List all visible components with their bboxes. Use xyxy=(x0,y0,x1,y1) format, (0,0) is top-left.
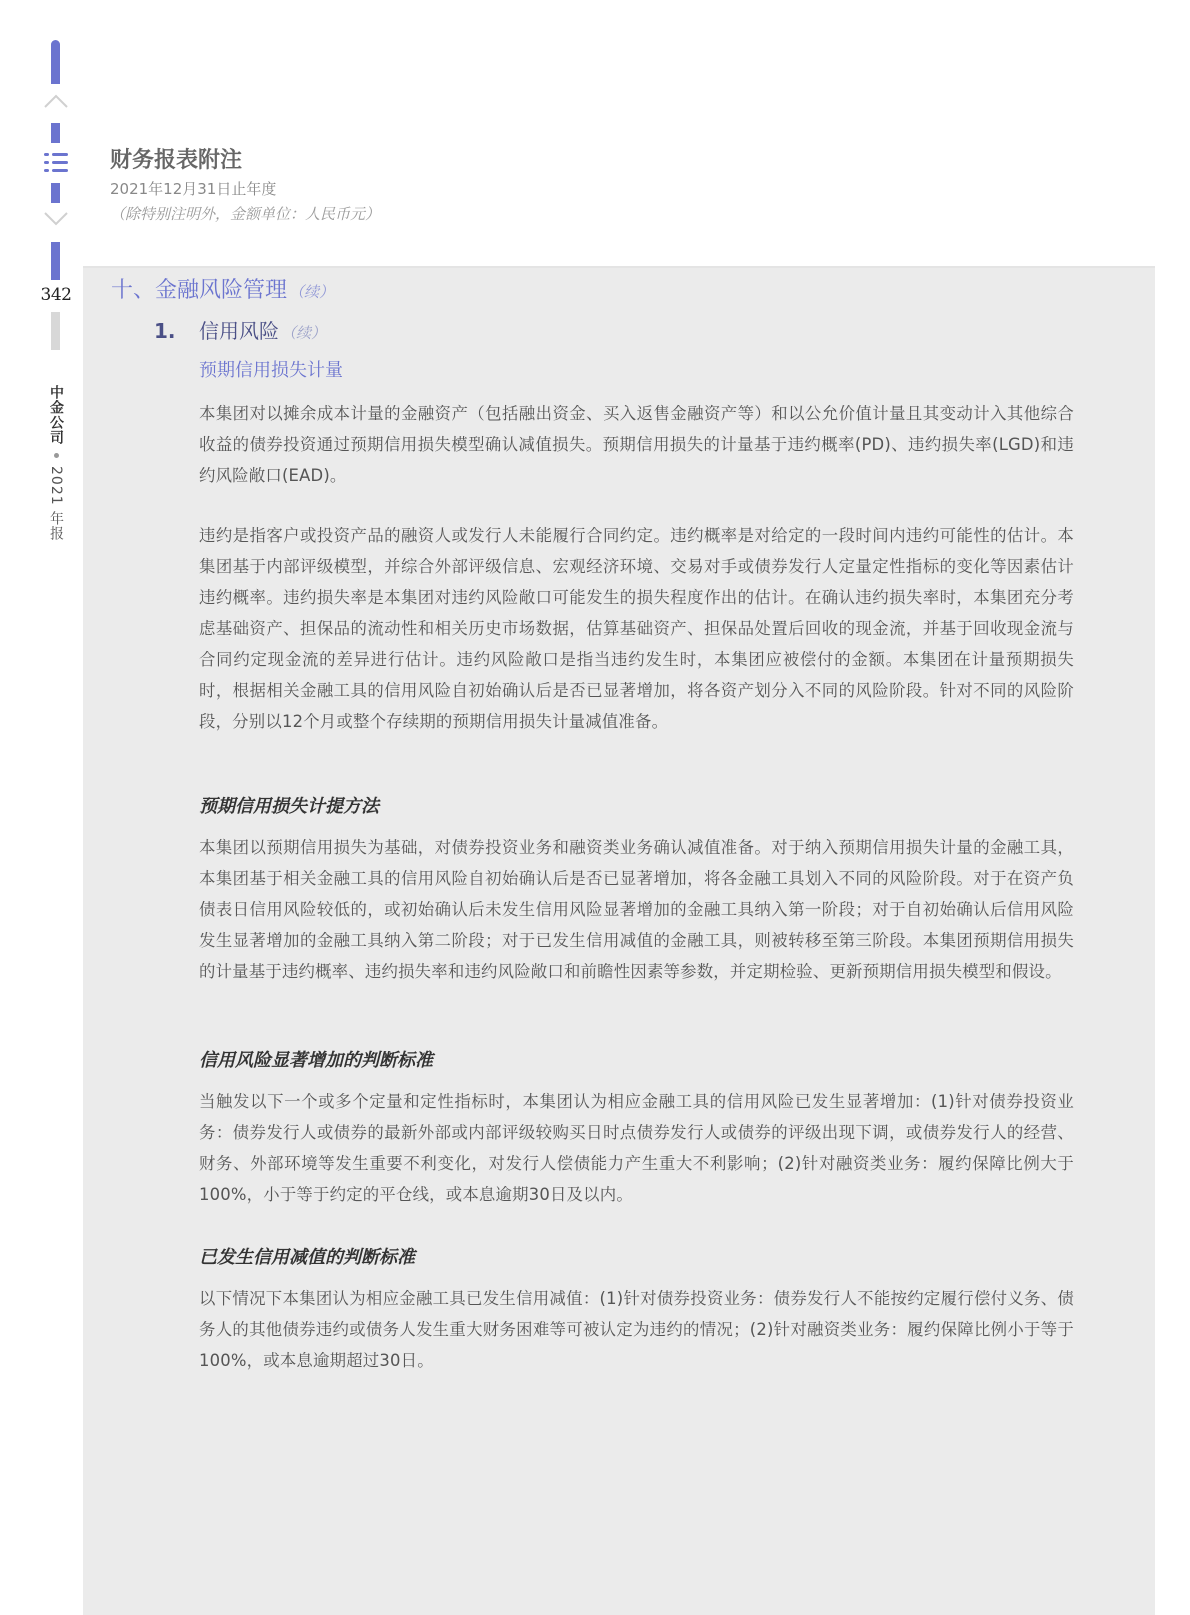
subsection-block: 预期信用损失计提方法 本集团以预期信用损失为基础，对债券投资业务和融资类业务确认… xyxy=(199,792,1074,987)
paragraph: 当触发以下一个或多个定量和定性指标时，本集团认为相应金融工具的信用风险已发生显著… xyxy=(199,1086,1074,1210)
paragraph: 本集团以预期信用损失为基础，对债券投资业务和融资类业务确认减值准备。对于纳入预期… xyxy=(199,832,1074,987)
table-of-contents-menu-icon[interactable] xyxy=(43,149,69,177)
subsection-block: 已发生信用减值的判断标准 以下情况下本集团认为相应金融工具已发生信用减值：(1)… xyxy=(199,1243,1074,1376)
continued-tag: （续） xyxy=(281,324,326,342)
page-header: 财务报表附注 2021年12月31日止年度 （除特别注明外，金额单位：人民币元） xyxy=(110,145,380,227)
subsection-title: 信用风险 xyxy=(199,319,279,343)
paragraph: 以下情况下本集团认为相应金融工具已发生信用减值：(1)针对债券投资业务：债券发行… xyxy=(199,1283,1074,1376)
paragraph-block: 本集团对以摊余成本计量的金融资产（包括融出资金、买入返售金融资产等）和以公允价值… xyxy=(199,398,1074,491)
section-title: 十、金融风险管理 xyxy=(111,278,287,303)
page-title: 财务报表附注 xyxy=(110,145,380,175)
next-page-chevron-down-icon[interactable] xyxy=(43,211,69,227)
subsection-heading: 1.信用风险（续） xyxy=(154,315,326,349)
subsection-subtitle: 预期信用损失计提方法 xyxy=(199,792,1074,822)
paragraph: 本集团对以摊余成本计量的金融资产（包括融出资金、买入返售金融资产等）和以公允价值… xyxy=(199,398,1074,491)
separator-dot-icon xyxy=(54,453,59,458)
report-year: 2021 年报 xyxy=(46,466,66,541)
subsection-number: 1. xyxy=(154,315,199,347)
content-panel: 十、金融风险管理（续） 1.信用风险（续） 预期信用损失计量 本集团对以摊余成本… xyxy=(83,266,1155,1615)
reporting-period: 2021年12月31日止年度 xyxy=(110,177,380,201)
paragraph: 违约是指客户或投资产品的融资人或发行人未能履行合同约定。违约概率是对给定的一段时… xyxy=(199,520,1074,737)
company-name: 中金公司 xyxy=(46,385,66,445)
rail-accent-bar xyxy=(51,242,60,280)
section-heading: 十、金融风险管理（续） xyxy=(111,274,334,309)
page-number: 342 xyxy=(40,285,72,305)
rail-accent-bar xyxy=(51,40,60,84)
previous-page-chevron-up-icon[interactable] xyxy=(43,93,69,109)
report-label: 中金公司 2021 年报 xyxy=(46,385,66,541)
rail-accent-bar xyxy=(51,183,60,203)
subsection-subtitle: 已发生信用减值的判断标准 xyxy=(199,1243,1074,1273)
subsection-block: 信用风险显著增加的判断标准 当触发以下一个或多个定量和定性指标时，本集团认为相应… xyxy=(199,1046,1074,1210)
rail-progress-track xyxy=(51,312,60,350)
paragraph-block: 违约是指客户或投资产品的融资人或发行人未能履行合同约定。违约概率是对给定的一段时… xyxy=(199,520,1074,737)
rail-accent-bar xyxy=(51,123,60,143)
continued-tag: （续） xyxy=(289,283,334,301)
topic-heading: 预期信用损失计量 xyxy=(199,356,343,386)
navigation-rail: 342 中金公司 2021 年报 xyxy=(0,0,82,1615)
unit-note: （除特别注明外，金额单位：人民币元） xyxy=(110,201,380,227)
subsection-subtitle: 信用风险显著增加的判断标准 xyxy=(199,1046,1074,1076)
